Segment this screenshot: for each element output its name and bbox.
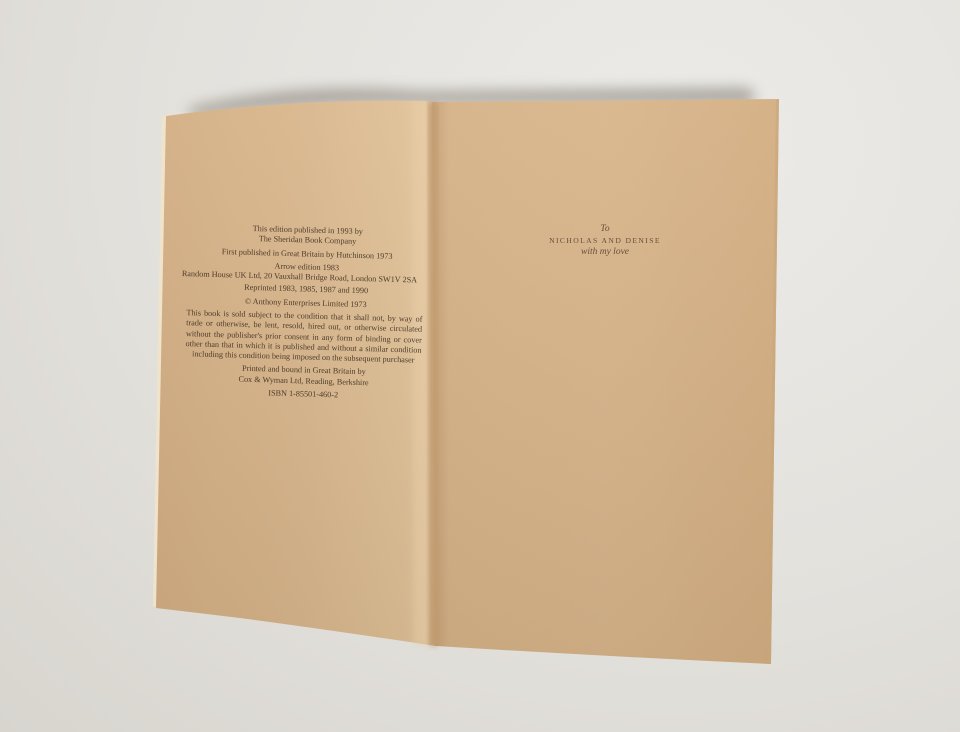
- open-book: [0, 0, 960, 732]
- photo-scene: This edition published in 1993 by The Sh…: [0, 0, 960, 732]
